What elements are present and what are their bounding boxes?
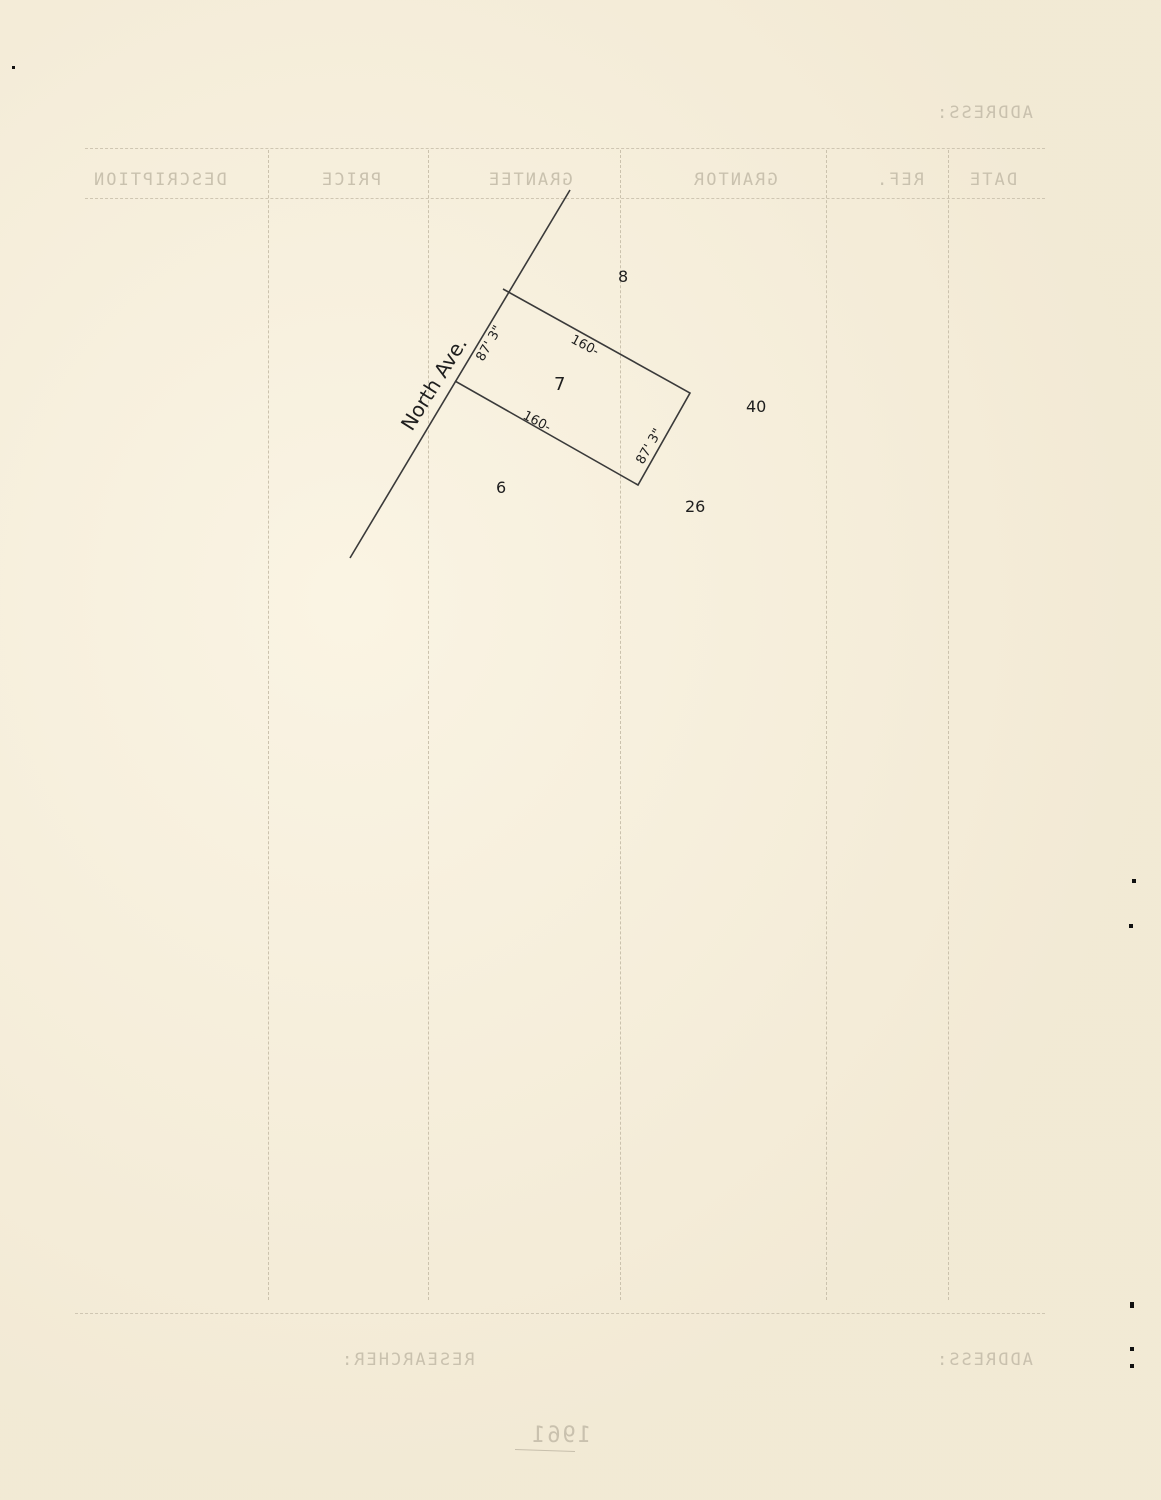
street-line xyxy=(350,190,570,558)
plot-sketch: North Ave. 87' 3" 160- 160- 87' 3" 7 8 6… xyxy=(0,0,1161,1500)
lot-number-south: 6 xyxy=(496,478,506,497)
south-side-dimension: 160- xyxy=(520,408,553,435)
north-side-dimension: 160- xyxy=(568,332,601,359)
lot-number-rear-south: 26 xyxy=(685,497,705,516)
edge-mark xyxy=(1130,1347,1134,1351)
edge-mark xyxy=(1130,1302,1134,1308)
lot-number-subject: 7 xyxy=(554,374,565,395)
lot-number-rear-north: 40 xyxy=(746,397,766,416)
lot-7-outline xyxy=(455,289,690,485)
lot-number-north: 8 xyxy=(618,267,628,286)
rear-dimension: 87' 3" xyxy=(633,426,665,467)
edge-mark xyxy=(1129,924,1133,928)
edge-mark xyxy=(1132,879,1136,883)
edge-mark xyxy=(1130,1364,1134,1368)
edge-mark xyxy=(12,66,15,69)
